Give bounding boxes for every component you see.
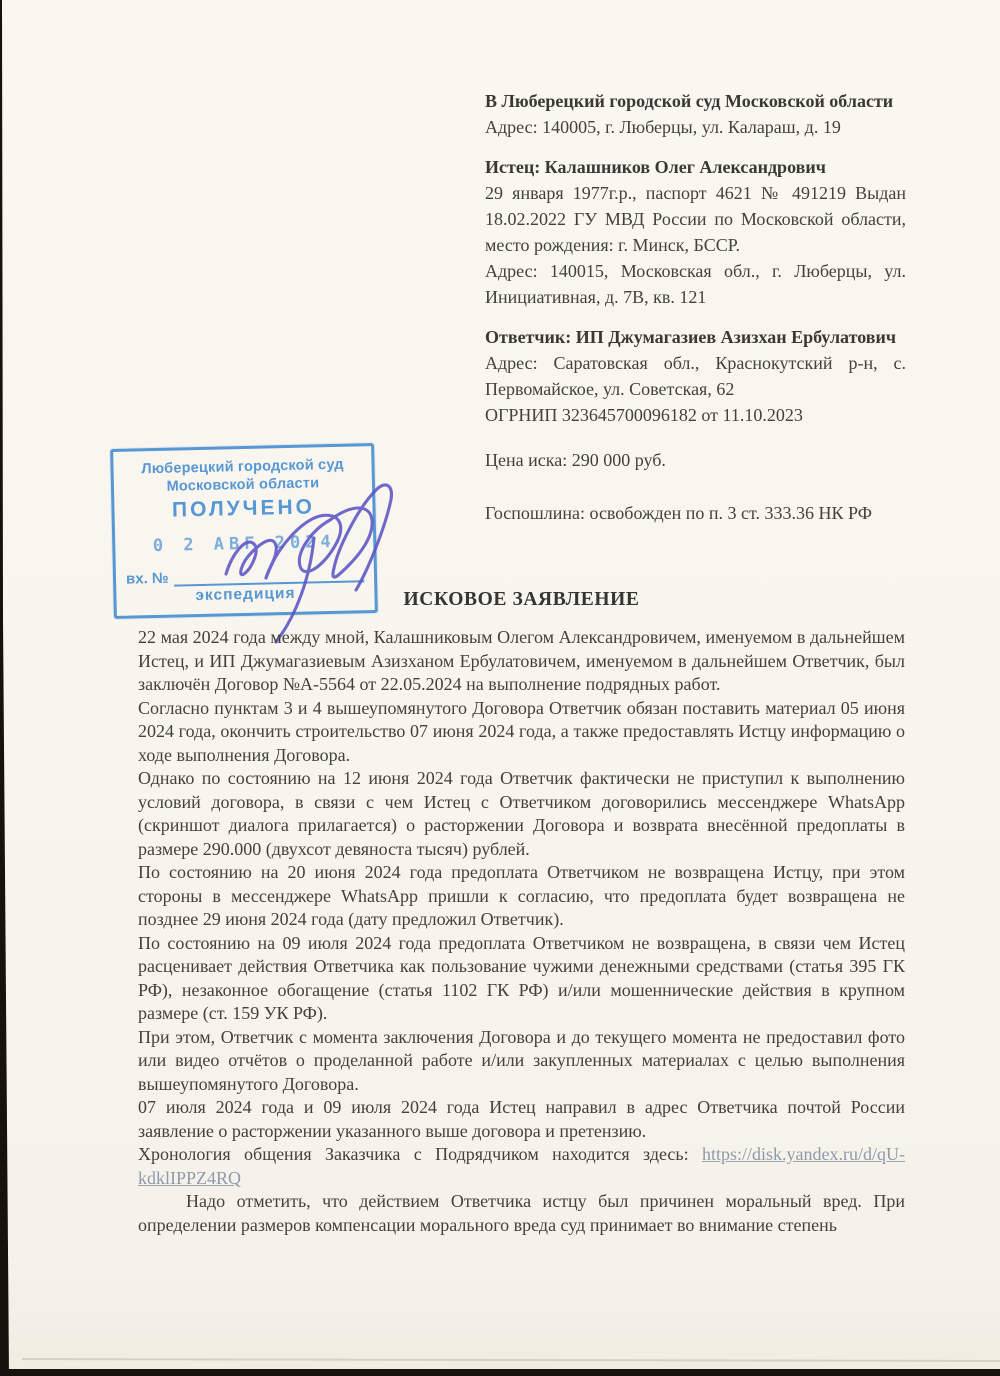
statement-body: 22 мая 2024 года между мной, Калашниковы…: [138, 626, 905, 1237]
spacer: [485, 140, 906, 154]
claim-price: Цена иска: 290 000 руб.: [485, 447, 906, 473]
court-name: В Люберецкий городской суд Московской об…: [485, 88, 906, 114]
closing-paragraph: Надо отметить, что действием Ответчика и…: [138, 1190, 905, 1237]
body-paragraph: По состоянию на 09 июля 2024 года предоп…: [138, 932, 905, 1026]
spacer: [485, 310, 906, 324]
plaintiff-address: Адрес: 140015, Московская обл., г. Любер…: [485, 258, 906, 310]
spacer: [485, 428, 906, 447]
scan-edge-left: [0, 0, 10, 1376]
scanned-court-document-page: В Люберецкий городской суд Московской об…: [0, 0, 1000, 1376]
defendant-heading: Ответчик: ИП Джумагазиев Азизхан Ербулат…: [485, 324, 906, 350]
chronology-text: Хронология общения Заказчика с Подрядчик…: [138, 1144, 702, 1164]
spacer: [485, 473, 906, 500]
recipient-parties-block: В Люберецкий городской суд Московской об…: [485, 88, 906, 526]
body-paragraph-with-link: Хронология общения Заказчика с Подрядчик…: [138, 1143, 905, 1190]
body-paragraph: По состоянию на 20 июня 2024 года предоп…: [138, 861, 905, 932]
stamp-date: 0 2 АВГ 2024: [125, 531, 363, 556]
plaintiff-details: 29 января 1977г.р., паспорт 4621 № 49121…: [485, 180, 906, 258]
body-paragraph: 22 мая 2024 года между мной, Калашниковы…: [138, 626, 905, 697]
plaintiff-heading: Истец: Калашников Олег Александрович: [485, 154, 906, 180]
scan-edge-bottom: [0, 1369, 1000, 1376]
state-duty: Госпошлина: освобожден по п. 3 ст. 333.3…: [485, 500, 906, 526]
paper-bottom-edge-shadow: [22, 1358, 1000, 1362]
defendant-ogrnip: ОГРНИП 323645700096182 от 11.10.2023: [485, 402, 906, 428]
defendant-address: Адрес: Саратовская обл., Краснокутский р…: [485, 350, 906, 402]
body-paragraph: Однако по состоянию на 12 июня 2024 года…: [138, 767, 905, 861]
body-paragraph: При этом, Ответчик с момента заключения …: [138, 1026, 905, 1097]
stamp-received-label: ПОЛУЧЕНО: [124, 494, 362, 523]
body-paragraph: 07 июля 2024 года и 09 июля 2024 года Ис…: [138, 1096, 905, 1143]
body-paragraph: Согласно пунктам 3 и 4 вышеупомянутого Д…: [138, 697, 905, 768]
stamp-incoming-number-label: вх. №: [126, 570, 169, 588]
court-address: Адрес: 140005, г. Люберцы, ул. Калараш, …: [485, 114, 906, 140]
document-title: ИСКОВОЕ ЗАЯВЛЕНИЕ: [138, 589, 905, 611]
